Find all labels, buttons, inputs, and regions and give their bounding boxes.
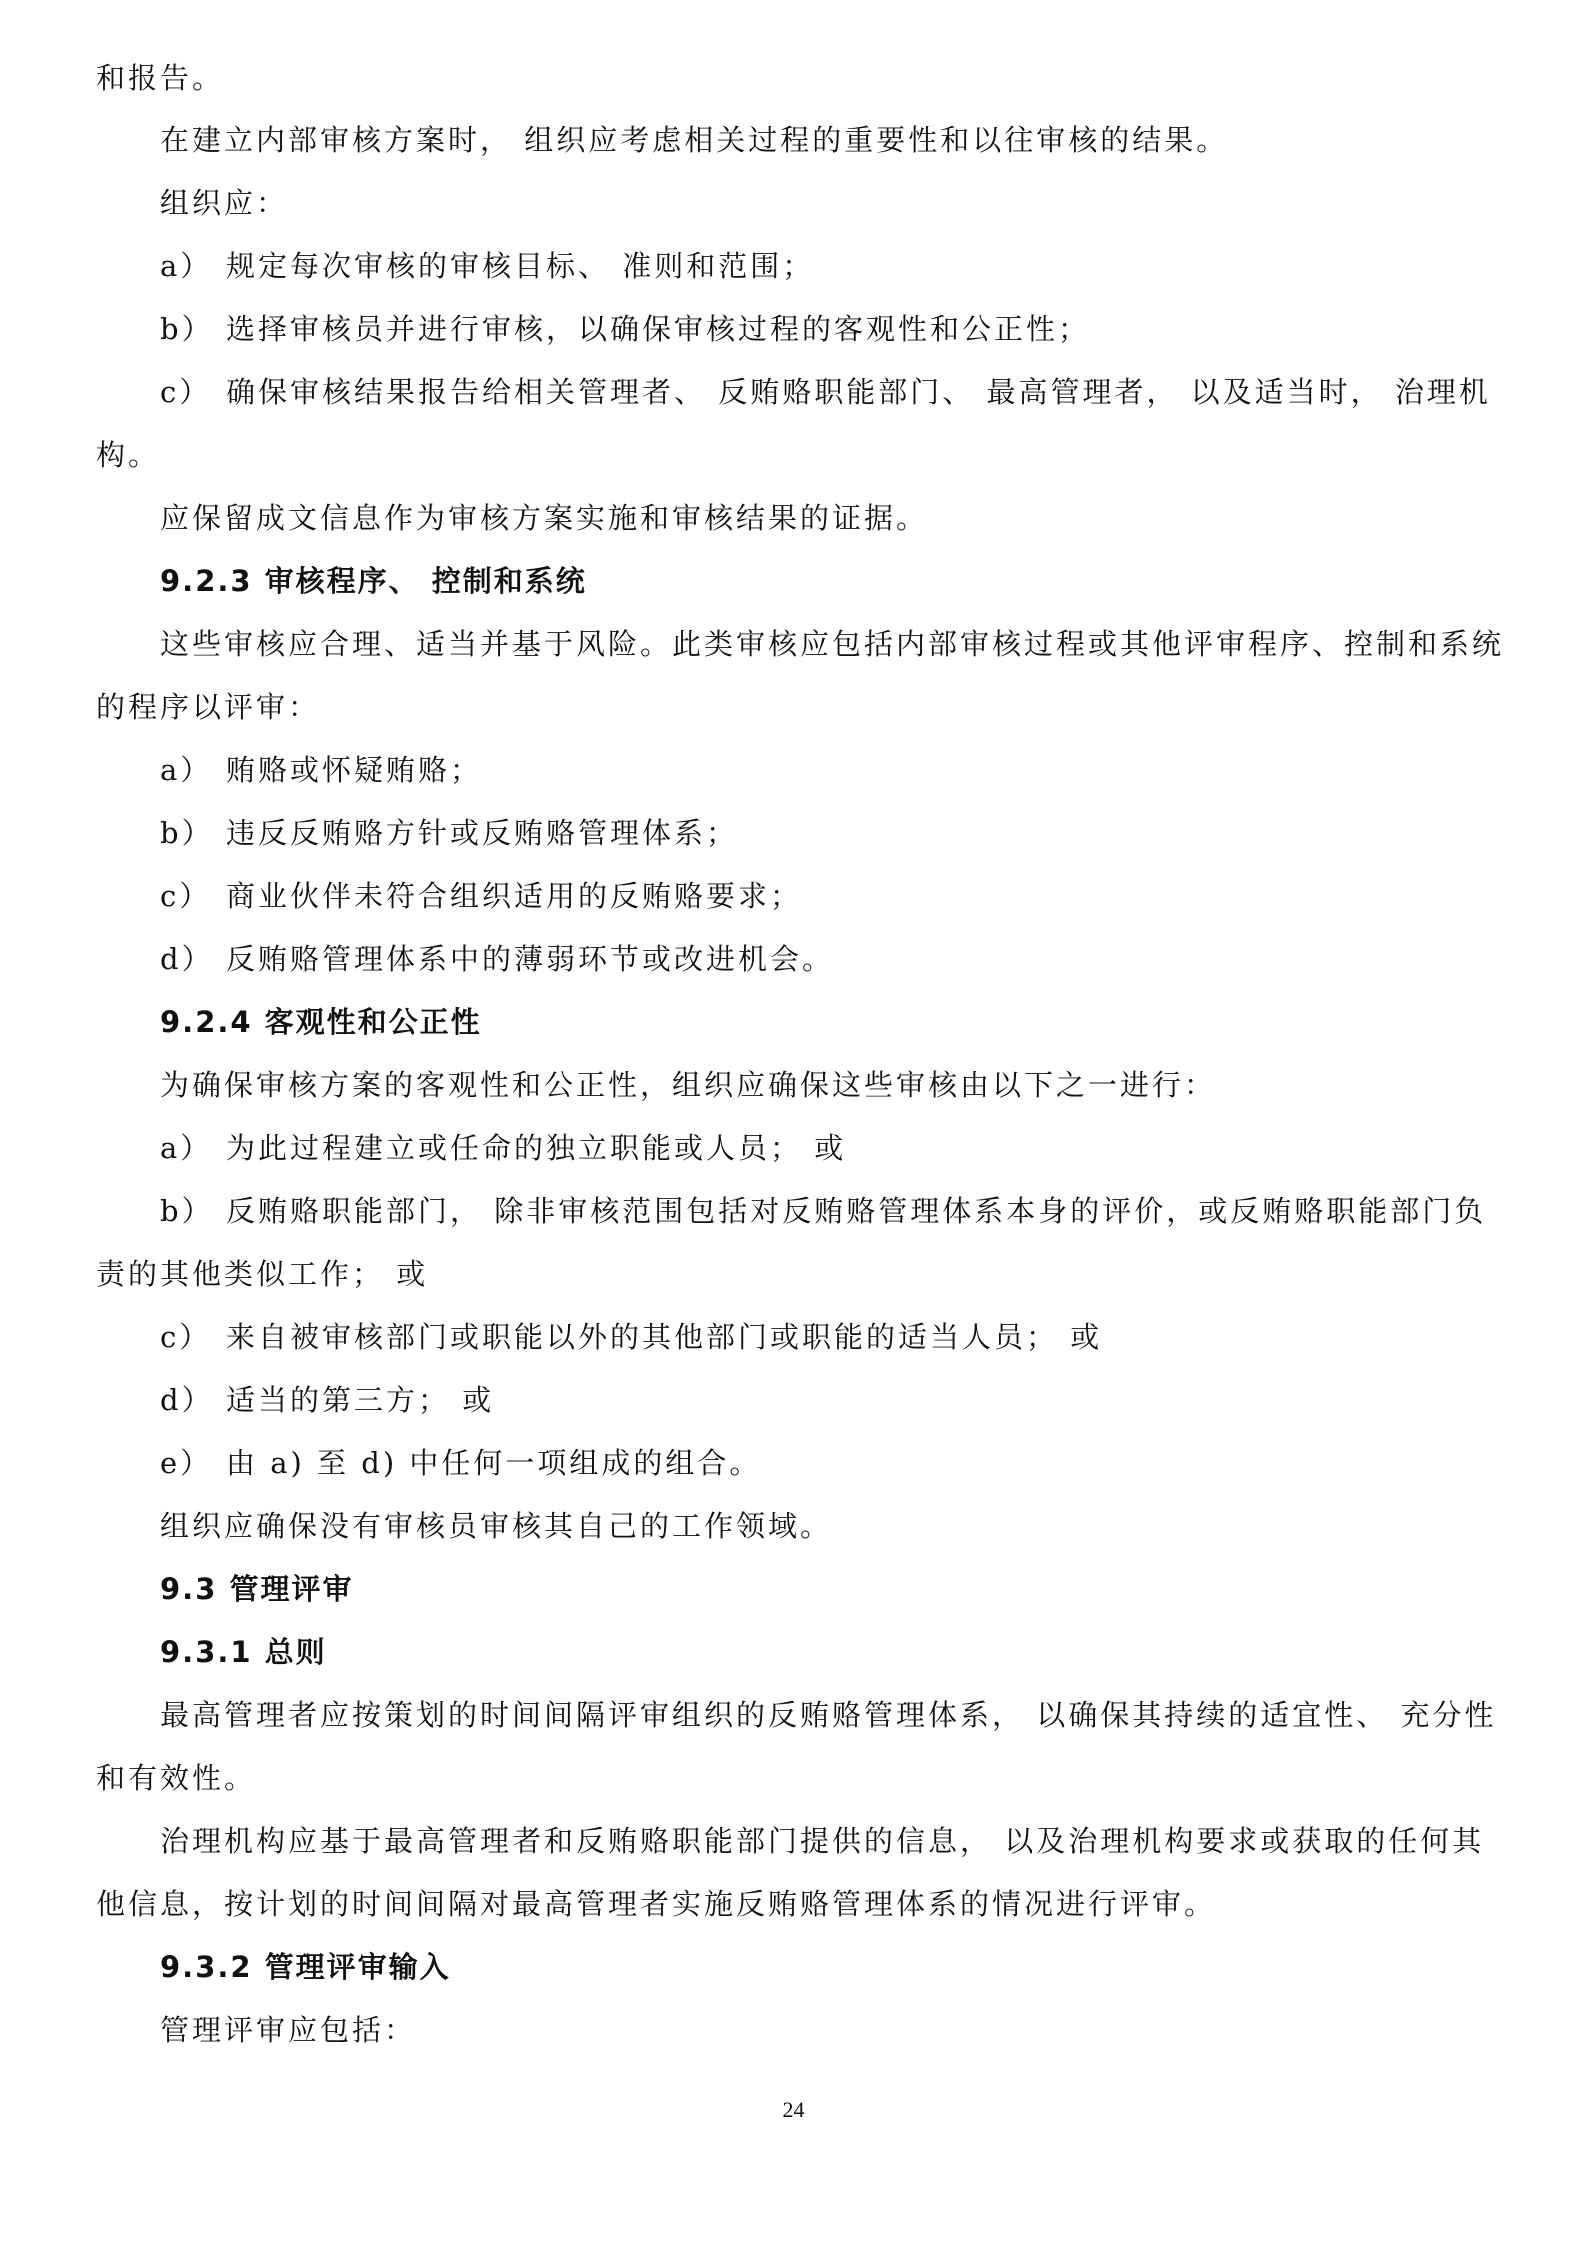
section-heading-9-3: 9.3 管理评审 (160, 1569, 1560, 1609)
list-item-label: a） (160, 1128, 226, 1168)
list-item-text: 来自被审核部门或职能以外的其他部门或职能的适当人员； 或 (226, 1320, 1102, 1354)
paragraph-continuation: 他信息，按计划的时间间隔对最高管理者实施反贿赂管理体系的情况进行评审。 (96, 1884, 1496, 1924)
list-item: b）反贿赂职能部门， 除非审核范围包括对反贿赂管理体系本身的评价，或反贿赂职能部… (160, 1191, 1560, 1231)
list-item-text: 由 a) 至 d) 中任何一项组成的组合。 (226, 1446, 761, 1480)
list-item-text: 商业伙伴未符合组织适用的反贿赂要求； (226, 879, 802, 913)
section-heading-9-2-3: 9.2.3 审核程序、 控制和系统 (160, 561, 1560, 601)
list-item-label: b） (160, 813, 226, 853)
document-page: 和报告。 在建立内部审核方案时， 组织应考虑相关过程的重要性和以往审核的结果。 … (0, 0, 1587, 2245)
list-item-label: e） (160, 1443, 226, 1483)
list-item: b）违反反贿赂方针或反贿赂管理体系； (160, 813, 1560, 853)
list-item: d）适当的第三方； 或 (160, 1380, 1560, 1420)
paragraph: 应保留成文信息作为审核方案实施和审核结果的证据。 (160, 498, 1560, 538)
list-item-label: d） (160, 939, 226, 979)
paragraph: 最高管理者应按策划的时间间隔评审组织的反贿赂管理体系， 以确保其持续的适宜性、 … (160, 1695, 1560, 1735)
paragraph: 这些审核应合理、适当并基于风险。此类审核应包括内部审核过程或其他评审程序、控制和… (160, 624, 1560, 664)
list-item-text: 为此过程建立或任命的独立职能或人员； 或 (226, 1131, 846, 1165)
section-heading-9-2-4: 9.2.4 客观性和公正性 (160, 1002, 1560, 1042)
list-item-text: 反贿赂管理体系中的薄弱环节或改进机会。 (226, 942, 834, 976)
list-item-text: 贿赂或怀疑贿赂； (226, 753, 482, 787)
list-item-text: 选择审核员并进行审核，以确保审核过程的客观性和公正性； (226, 312, 1090, 346)
list-item: c）商业伙伴未符合组织适用的反贿赂要求； (160, 876, 1560, 916)
list-item-label: b） (160, 1191, 226, 1231)
list-item: a）规定每次审核的审核目标、 准则和范围； (160, 246, 1560, 286)
list-item-continuation: 构。 (96, 435, 1496, 475)
page-number: 24 (0, 2096, 1587, 2124)
list-item: d）反贿赂管理体系中的薄弱环节或改进机会。 (160, 939, 1560, 979)
section-heading-9-3-1: 9.3.1 总则 (160, 1632, 1560, 1672)
list-item-label: a） (160, 750, 226, 790)
list-item-text: 反贿赂职能部门， 除非审核范围包括对反贿赂管理体系本身的评价，或反贿赂职能部门负 (226, 1194, 1486, 1228)
paragraph-continuation: 和报告。 (96, 58, 1496, 98)
section-heading-9-3-2: 9.3.2 管理评审输入 (160, 1947, 1560, 1987)
paragraph-continuation: 和有效性。 (96, 1758, 1496, 1798)
list-item: e）由 a) 至 d) 中任何一项组成的组合。 (160, 1443, 1560, 1483)
paragraph: 管理评审应包括： (160, 2010, 1560, 2050)
list-item-label: d） (160, 1380, 226, 1420)
list-item-text: 违反反贿赂方针或反贿赂管理体系； (226, 816, 738, 850)
paragraph: 为确保审核方案的客观性和公正性，组织应确保这些审核由以下之一进行： (160, 1065, 1560, 1105)
list-item-continuation: 责的其他类似工作； 或 (96, 1254, 1496, 1294)
list-item-text: 适当的第三方； 或 (226, 1383, 494, 1417)
list-item: a）贿赂或怀疑贿赂； (160, 750, 1560, 790)
list-item: c）确保审核结果报告给相关管理者、 反贿赂职能部门、 最高管理者， 以及适当时，… (160, 372, 1496, 412)
paragraph: 在建立内部审核方案时， 组织应考虑相关过程的重要性和以往审核的结果。 (160, 120, 1560, 160)
paragraph: 组织应： (160, 183, 1560, 223)
list-item-text: 确保审核结果报告给相关管理者、 反贿赂职能部门、 最高管理者， 以及适当时， 治… (226, 375, 1491, 409)
list-item-label: c） (160, 372, 226, 412)
list-item-label: a） (160, 246, 226, 286)
list-item-label: c） (160, 1317, 226, 1357)
list-item: b）选择审核员并进行审核，以确保审核过程的客观性和公正性； (160, 309, 1560, 349)
list-item-label: b） (160, 309, 226, 349)
paragraph: 组织应确保没有审核员审核其自己的工作领域。 (160, 1506, 1560, 1546)
list-item: c）来自被审核部门或职能以外的其他部门或职能的适当人员； 或 (160, 1317, 1560, 1357)
list-item: a）为此过程建立或任命的独立职能或人员； 或 (160, 1128, 1560, 1168)
list-item-text: 规定每次审核的审核目标、 准则和范围； (226, 249, 814, 283)
paragraph-continuation: 的程序以评审： (96, 687, 1496, 727)
paragraph: 治理机构应基于最高管理者和反贿赂职能部门提供的信息， 以及治理机构要求或获取的任… (160, 1821, 1560, 1861)
list-item-label: c） (160, 876, 226, 916)
